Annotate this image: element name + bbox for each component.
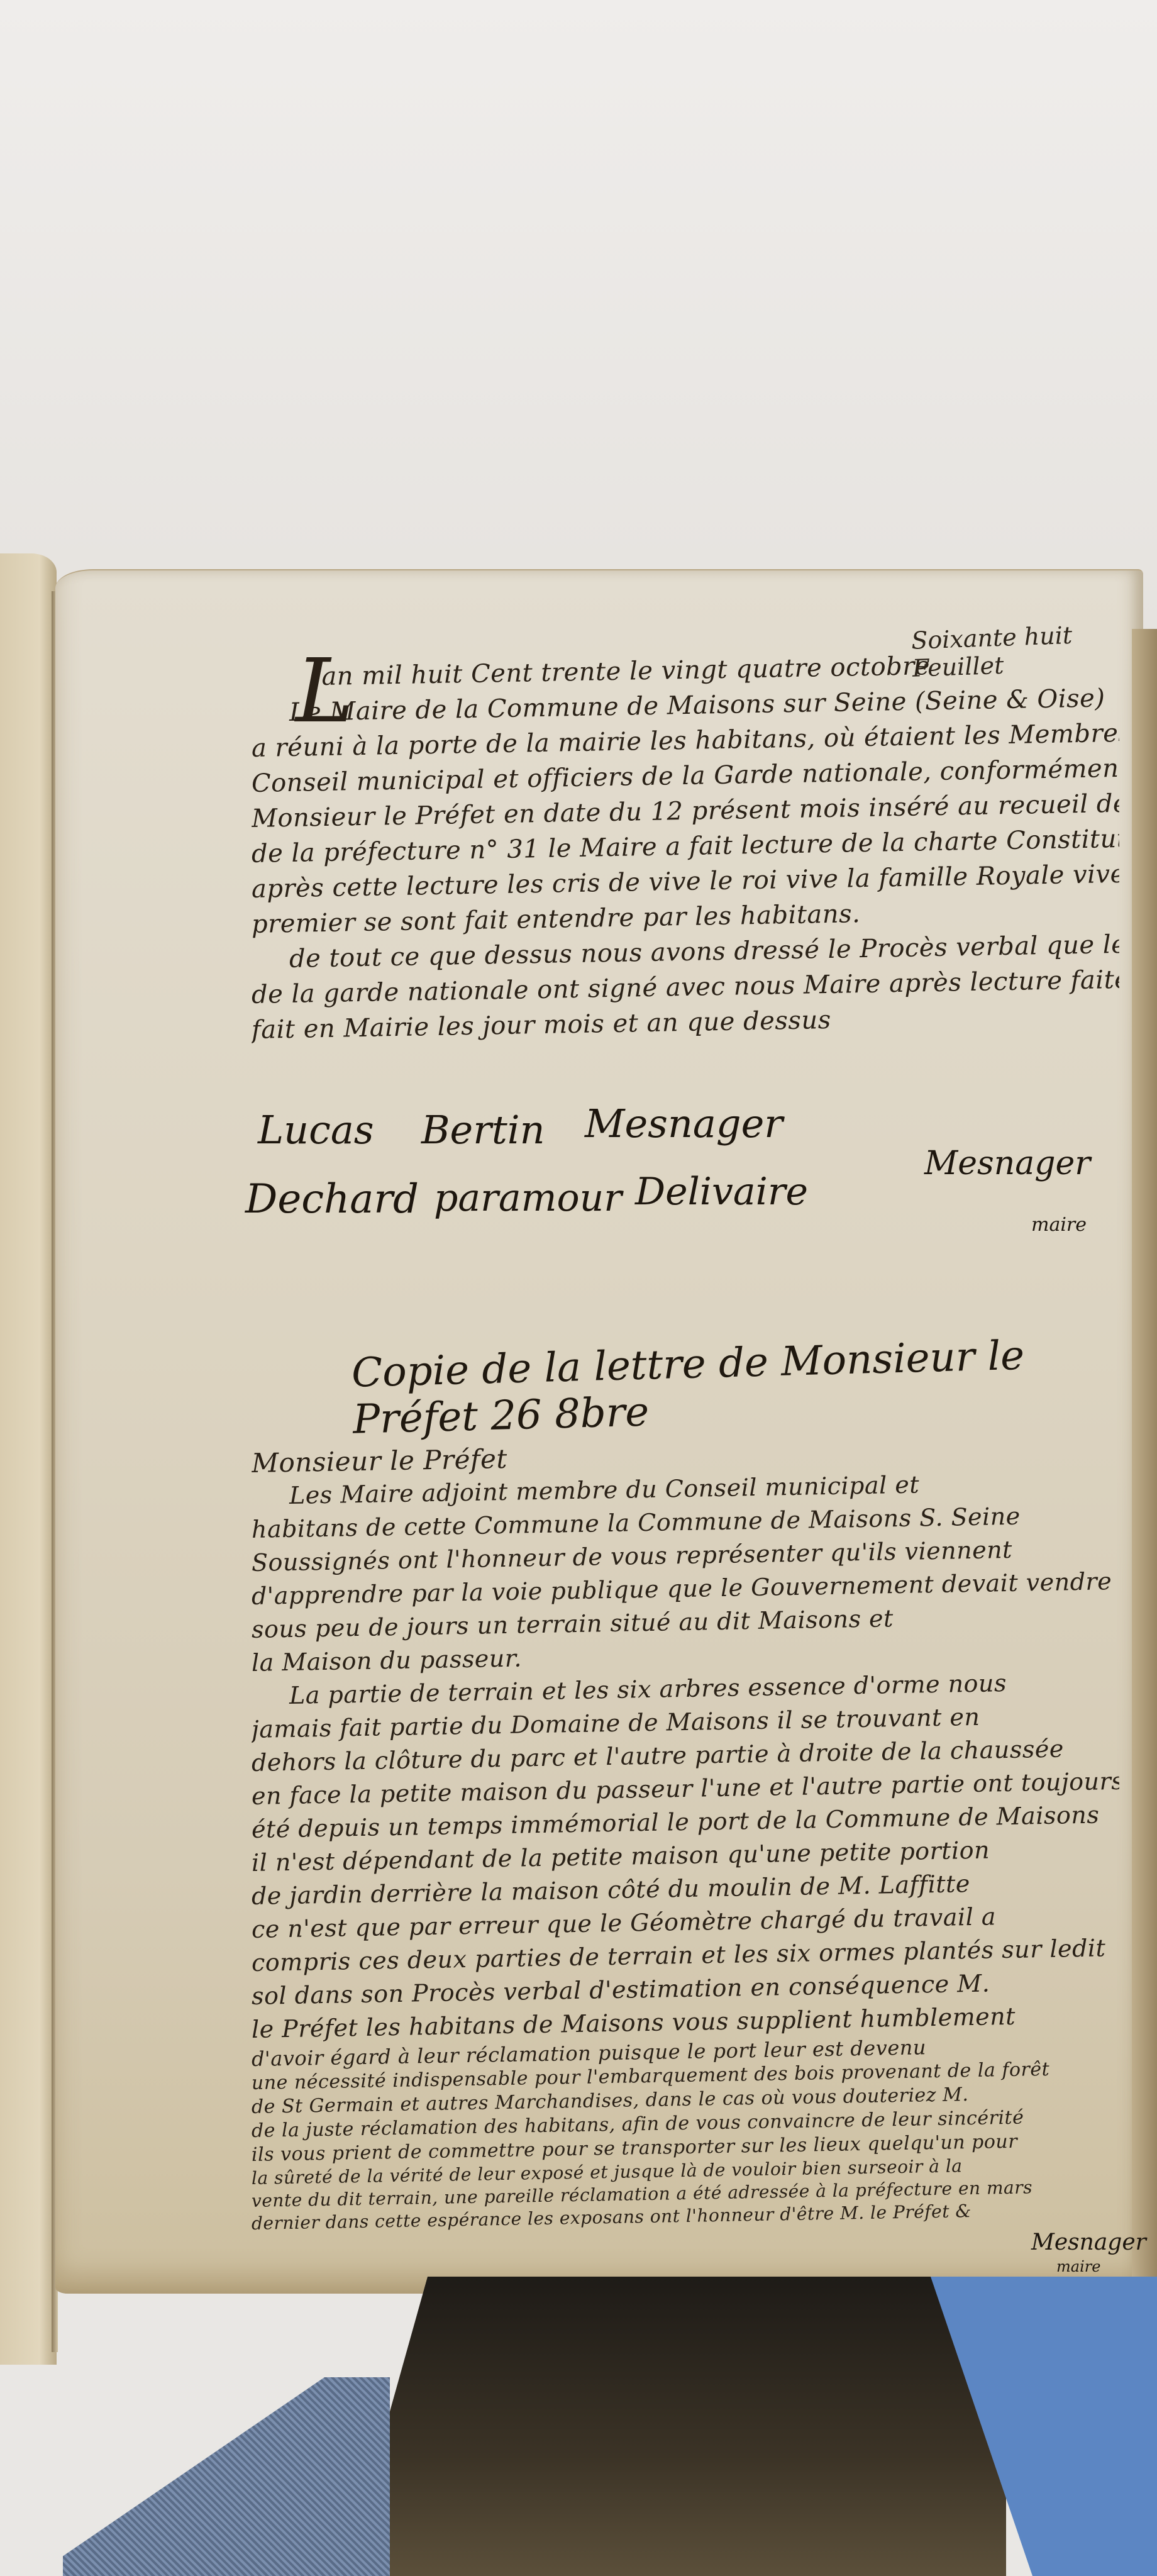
signature: Mesnager bbox=[585, 1101, 783, 1146]
signature: Lucas bbox=[258, 1107, 374, 1153]
signature: Dechard bbox=[245, 1176, 419, 1223]
page-stack-edge bbox=[1132, 629, 1157, 2302]
mayor-signature: Mesnager bbox=[924, 1145, 1090, 1182]
signature: paramour bbox=[434, 1176, 622, 1220]
background-wall bbox=[0, 0, 1157, 629]
letter-text: Monsieur le Préfet Les Maire adjoint mem… bbox=[252, 1446, 1119, 2235]
mayor-title: maire bbox=[1031, 1214, 1087, 1236]
letter-signature-title: maire bbox=[1056, 2258, 1100, 2275]
fabric-background bbox=[63, 2377, 390, 2576]
dark-surface bbox=[377, 2277, 1006, 2576]
letter-signature: Mesnager bbox=[1031, 2229, 1146, 2255]
left-page-edge bbox=[0, 553, 57, 2365]
signatures-block: Lucas Bertin Mesnager Dechard paramour D… bbox=[245, 1107, 1126, 1270]
signature: Delivaire bbox=[635, 1170, 808, 1214]
signature: Bertin bbox=[421, 1107, 545, 1153]
deliberation-text: 'an mil huit Cent trente le vingt quatre… bbox=[252, 660, 1119, 1048]
